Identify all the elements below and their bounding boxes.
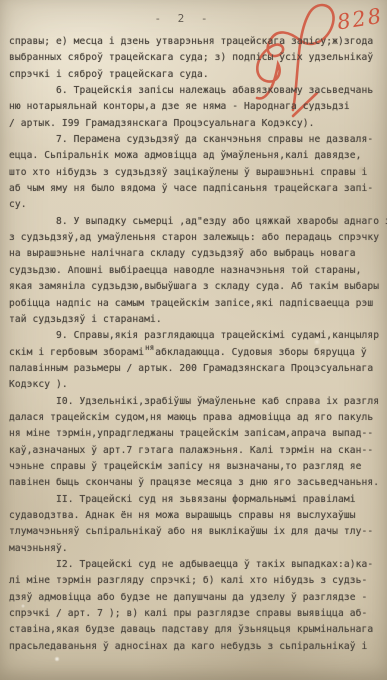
text-line: 7. Перамена судзьдзяў да сканчэньня спра… bbox=[9, 132, 381, 148]
text-line: дзяў адмовіцца або будзе не дапушчаны да… bbox=[9, 590, 381, 606]
text-segment: скім і гербовым зборамі bbox=[9, 347, 144, 358]
text-line: тлумачэньняў сьпіральнікаў або ня выклік… bbox=[9, 524, 381, 540]
text-line: спрэчкі і сяброў трацейскага суда. bbox=[9, 67, 381, 83]
text-line: справы; е) месца і дзень утварэньня трац… bbox=[9, 34, 381, 50]
text-line: 6. Трацейскія запісы належаць абавязкова… bbox=[9, 83, 381, 99]
text-line: I0. Удзельнікі,зрабіўшы ўмаўленьне каб с… bbox=[9, 394, 381, 410]
text-line: 9. Справы,якія разглядаюцца трацейскімі … bbox=[9, 328, 381, 344]
text-line: выбранных сяброў трацейскага суда; з) по… bbox=[9, 50, 381, 66]
text-line: II. Трацейскі суд ня зьвязаны формальным… bbox=[9, 492, 381, 508]
handwritten-archive-number: 828 bbox=[335, 4, 384, 35]
typewritten-text-body: справы; е) месца і дзень утварэньня трац… bbox=[9, 34, 381, 655]
text-line: спрэчкі / арт. 7 ); в) калі пры разглядз… bbox=[9, 606, 381, 622]
text-line: / артык. I99 Грамадзянскага Процэсуальна… bbox=[9, 116, 381, 132]
text-line: далася трацейскім судом,ня маюць права а… bbox=[9, 410, 381, 426]
text-line: аб чым яму ня было вядома ў часе падпіса… bbox=[9, 181, 381, 197]
text-line: палавінным разьмеры / артык. 200 Грамадз… bbox=[9, 361, 381, 377]
text-line: скім і гербовым збораміняабкладаюцца. Су… bbox=[9, 345, 381, 361]
text-line: тай судзьдзяў і старанамі. bbox=[9, 312, 381, 328]
text-line: што хто нібудзь з судзьдзяў зацікаўлены … bbox=[9, 165, 381, 181]
document-page: - 2 - 828 справы; е) месца і дзень утвар… bbox=[0, 0, 387, 680]
text-line: на вырашэньне налічнага складу судзьдзяў… bbox=[9, 246, 381, 262]
text-line: су. bbox=[9, 197, 381, 213]
text-line: ню нотарыяльнай конторы,а дзе яе няма - … bbox=[9, 99, 381, 115]
inserted-word-above-line: ня bbox=[145, 343, 154, 352]
text-line: з судзьдзяў,ад умаўленьня старон залежыц… bbox=[9, 230, 381, 246]
text-segment: абкладаюцца. Судовыя зборы бяруцца ў bbox=[155, 347, 367, 358]
text-line: лі міне тэрмін разгляду спрэчкі; б) калі… bbox=[9, 573, 381, 589]
text-line: мачэньняў. bbox=[9, 541, 381, 557]
text-line: ставіна,якая будзе даваць падставу для ў… bbox=[9, 622, 381, 638]
text-line: каў,азначаных ў арт.7 гэтага палажэньня.… bbox=[9, 443, 381, 459]
text-line: чэньне справы ў трацейскім запісу ня выз… bbox=[9, 459, 381, 475]
text-line: I2. Трацейскі суд не адбываецца ў такіх … bbox=[9, 557, 381, 573]
text-line: Кодэксу ). bbox=[9, 377, 381, 393]
text-line: робіцца надпіс на самым трацейскім запіс… bbox=[9, 296, 381, 312]
page-number: - 2 - bbox=[0, 12, 377, 25]
text-line: павінен быць скончаны ў працязе месяца з… bbox=[9, 475, 381, 491]
text-line: судзьдзю. Апошні выбіраецца наводле назн… bbox=[9, 263, 381, 279]
text-line: якая замяніла судзьдзю,выбыўшага з склад… bbox=[9, 279, 381, 295]
text-line: судаводзтва. Аднак ён ня можа вырашыць с… bbox=[9, 508, 381, 524]
text-line: ецца. Сьпіральнік можа адмовіцца ад ўмаў… bbox=[9, 148, 381, 164]
text-line: 8. У выпадку сьмерці ,ад"езду або цяжкай… bbox=[9, 214, 381, 230]
text-line: ня міне тэрмін,упрадгледжаны трацейскім … bbox=[9, 426, 381, 442]
text-line: прасьледаваньня ў адносінах да каго небу… bbox=[9, 639, 381, 655]
